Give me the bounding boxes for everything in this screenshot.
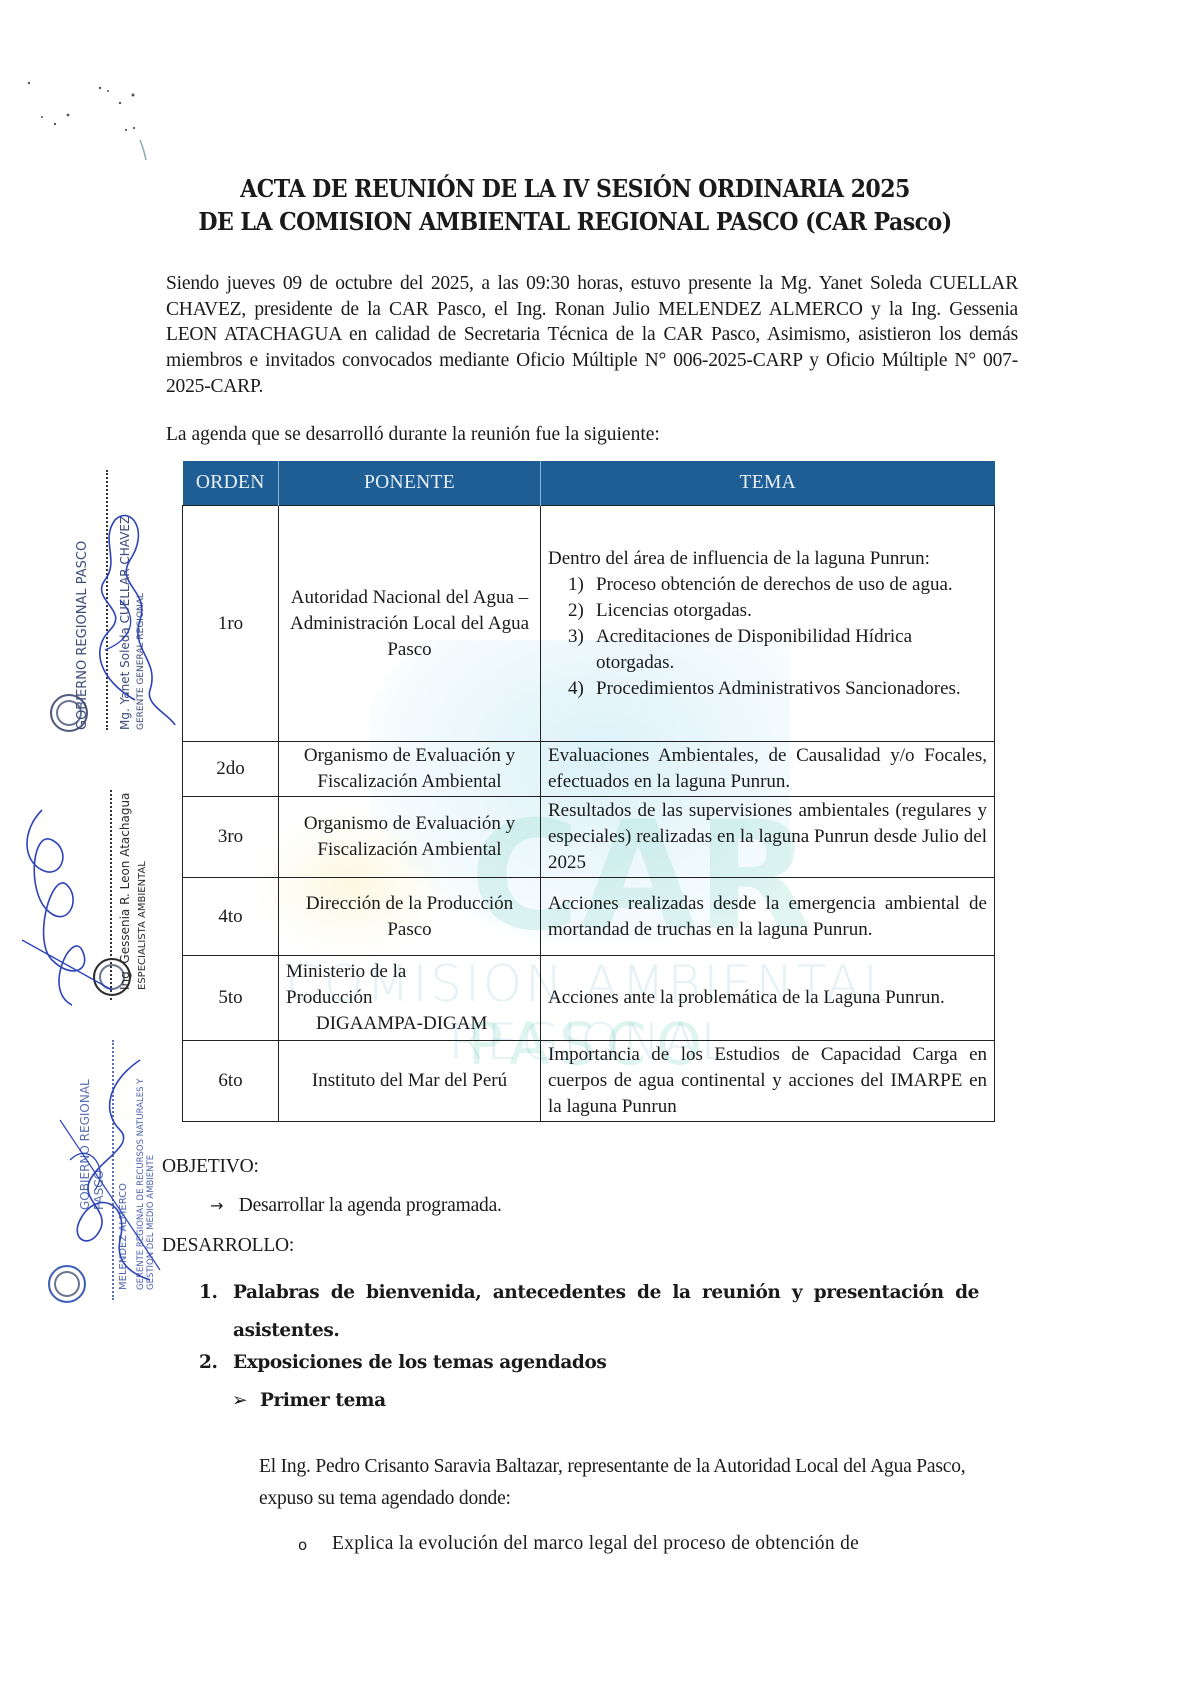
cell-tema: Resultados de las supervisiones ambienta…: [541, 797, 995, 878]
document-page: ACTA DE REUNIÓN DE LA IV SESIÓN ORDINARI…: [0, 0, 1191, 1684]
arrow-icon: →: [210, 1196, 234, 1215]
cell-orden: 1ro: [183, 506, 279, 742]
cell-orden: 2do: [183, 742, 279, 797]
primer-tema-bullet: o Explica la evolución del marco legal d…: [298, 1533, 971, 1555]
desarrollo-item-1: 1. Palabras de bienvenida, antecedentes …: [199, 1274, 979, 1350]
table-row: 6to Instituto del Mar del Perú Importanc…: [183, 1041, 995, 1122]
agenda-table-header: ORDEN PONENTE TEMA: [183, 461, 995, 506]
signature-3-icon: [40, 1040, 170, 1290]
cell-tema: Acciones realizadas desde la emergencia …: [541, 878, 995, 956]
table-row: 5to Ministerio de la Producción DIGAAMPA…: [183, 956, 995, 1041]
header-ponente: PONENTE: [279, 461, 541, 506]
tema-intro: Dentro del área de influencia de la lagu…: [548, 546, 987, 572]
cell-tema: Importancia de los Estudios de Capacidad…: [541, 1041, 995, 1122]
cell-ponente: Dirección de la Producción Pasco: [279, 878, 541, 956]
cell-orden: 4to: [183, 878, 279, 956]
scan-specks: [20, 60, 180, 180]
primer-tema-heading: ➢Primer tema: [232, 1390, 386, 1411]
tema-list-item: 2)Licencias otorgadas.: [596, 598, 987, 624]
table-row: 1ro Autoridad Nacional del Agua – Admini…: [183, 506, 995, 742]
agenda-table: ORDEN PONENTE TEMA 1ro Autoridad Naciona…: [182, 461, 995, 1122]
tema-list-item: 3)Acreditaciones de Disponibilidad Hídri…: [596, 624, 987, 676]
agenda-intro: La agenda que se desarrolló durante la r…: [166, 424, 660, 446]
signature-1-icon: [60, 500, 180, 730]
header-orden: ORDEN: [183, 461, 279, 506]
objetivo-heading: OBJETIVO:: [162, 1156, 259, 1178]
header-tema: TEMA: [541, 461, 995, 506]
cell-tema: Acciones ante la problemática de la Lagu…: [541, 956, 995, 1041]
signature-2-icon: [12, 790, 122, 1010]
document-title: ACTA DE REUNIÓN DE LA IV SESIÓN ORDINARI…: [184, 172, 966, 238]
title-line-1: ACTA DE REUNIÓN DE LA IV SESIÓN ORDINARI…: [184, 172, 966, 205]
table-row: 3ro Organismo de Evaluación y Fiscalizac…: [183, 797, 995, 878]
cell-ponente: Instituto del Mar del Perú: [279, 1041, 541, 1122]
tema-list-item: 1)Proceso obtención de derechos de uso d…: [596, 572, 987, 598]
cell-orden: 5to: [183, 956, 279, 1041]
title-line-2: DE LA COMISION AMBIENTAL REGIONAL PASCO …: [184, 205, 966, 238]
objetivo-item-text: Desarrollar la agenda programada.: [239, 1195, 502, 1216]
arrowhead-bullet-icon: ➢: [232, 1390, 260, 1411]
desarrollo-item-2: 2.Exposiciones de los temas agendados: [199, 1352, 606, 1373]
primer-tema-paragraph: El Ing. Pedro Crisanto Saravia Baltazar,…: [259, 1451, 971, 1515]
stamp-2-role: ESPECIALISTA AMBIENTAL: [137, 800, 148, 990]
cell-tema: Dentro del área de influencia de la lagu…: [541, 506, 995, 742]
cell-orden: 3ro: [183, 797, 279, 878]
opening-paragraph: Siendo jueves 09 de octubre del 2025, a …: [166, 271, 1018, 400]
tema-list-item: 4)Procedimientos Administrativos Sancion…: [596, 676, 987, 702]
table-row: 2do Organismo de Evaluación y Fiscalizac…: [183, 742, 995, 797]
cell-tema: Evaluaciones Ambientales, de Causalidad …: [541, 742, 995, 797]
cell-ponente: Organismo de Evaluación y Fiscalización …: [279, 742, 541, 797]
objetivo-item: → Desarrollar la agenda programada.: [210, 1195, 502, 1217]
cell-orden: 6to: [183, 1041, 279, 1122]
table-row: 4to Dirección de la Producción Pasco Acc…: [183, 878, 995, 956]
cell-ponente: Ministerio de la Producción DIGAAMPA-DIG…: [279, 956, 541, 1041]
desarrollo-heading: DESARROLLO:: [162, 1235, 294, 1257]
cell-ponente: Organismo de Evaluación y Fiscalización …: [279, 797, 541, 878]
tema-list: 1)Proceso obtención de derechos de uso d…: [548, 572, 987, 702]
cell-ponente: Autoridad Nacional del Agua – Administra…: [279, 506, 541, 742]
circle-bullet-icon: o: [298, 1536, 307, 1554]
